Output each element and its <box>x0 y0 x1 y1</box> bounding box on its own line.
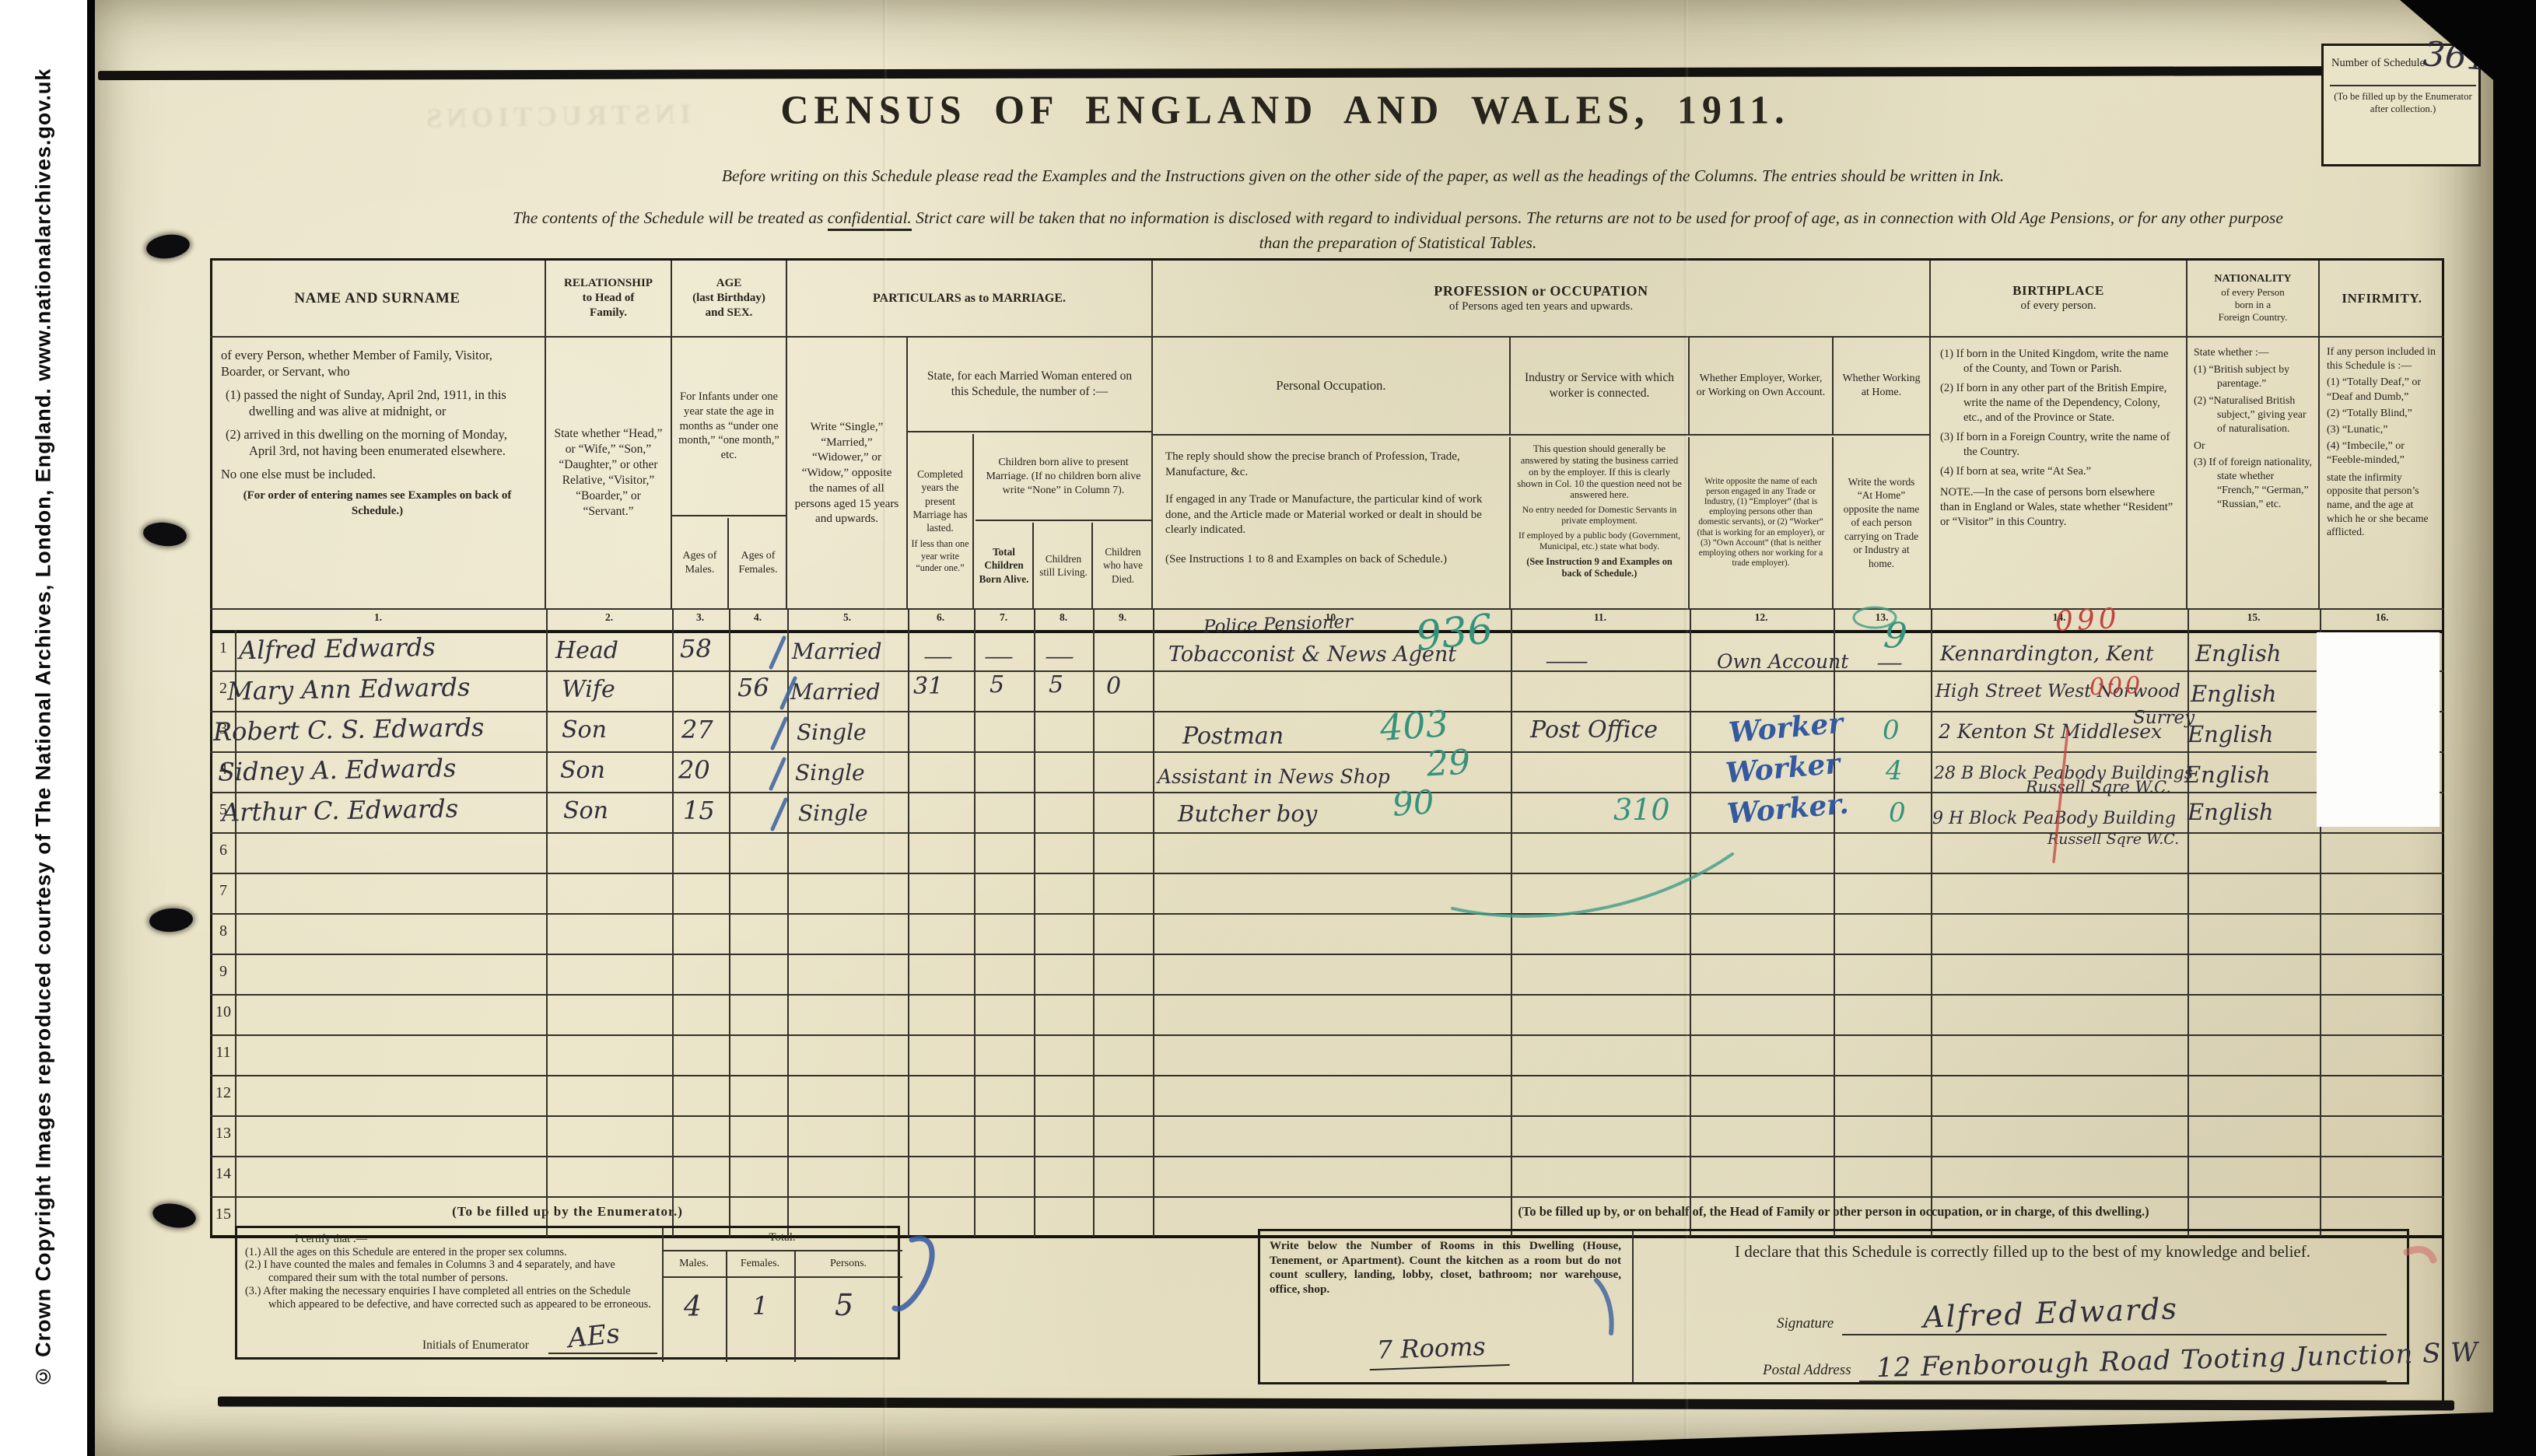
row5-birthplace-line2: Russell Sqre W.C. <box>2047 832 2179 847</box>
col-number: 4. <box>754 611 762 624</box>
desc-par: This question should generally be answer… <box>1517 443 1682 501</box>
rule <box>210 751 2444 753</box>
rule <box>1511 608 1512 1237</box>
row4-birthplace-line2: Russell Sqre W.C. <box>2026 779 2171 796</box>
rooms-value: 7 Rooms <box>1368 1333 1509 1370</box>
hole-punch <box>142 520 188 548</box>
blue-tally-row4 <box>771 759 784 789</box>
desc-par: Children born alive to present Marriage.… <box>980 456 1147 499</box>
rule <box>974 608 976 1237</box>
desc-par: (See Instructions 1 to 8 and Examples on… <box>1165 552 1447 568</box>
enumerator-heading: (To be filled up by the Enumerator.) <box>235 1204 900 1220</box>
row1-dash-col7: — <box>984 647 1014 666</box>
col2-description: State whether “Head,” or “Wife,” “Son,” … <box>546 338 672 608</box>
row5-employment: Worker. <box>1726 789 1850 828</box>
blue-tally-row5 <box>772 800 786 829</box>
colgroup-profession: PROFESSION or OCCUPATION of Persons aged… <box>1153 261 1931 336</box>
certify-line: I certify that :— <box>245 1233 657 1246</box>
rule <box>662 1276 902 1278</box>
printed-rule-top <box>98 66 2440 80</box>
desc-par: (2) “Naturalised British subject,” givin… <box>2194 394 2312 436</box>
rule <box>729 608 730 1237</box>
colgroup-birthplace: BIRTHPLACE of every person. <box>1931 261 2187 336</box>
colgroup-relationship: RELATIONSHIP to Head of Family. <box>546 261 672 336</box>
rule <box>210 994 2444 996</box>
row3-relationship: Son <box>562 719 607 742</box>
desc-par: (1) “Totally Deaf,” or “Deaf and Dumb,” <box>2327 376 2437 404</box>
rule <box>787 608 789 1237</box>
hdr-line: RELATIONSHIP <box>564 276 653 291</box>
row3-condition: Single <box>797 722 867 744</box>
hole-punch <box>149 907 194 933</box>
row4-green-code: 29 <box>1426 746 1471 782</box>
postal-label: Postal Address <box>1763 1362 1851 1379</box>
col12-title: Whether Employer, Worker, or Working on … <box>1690 338 1834 436</box>
females-label: Females. <box>726 1258 794 1270</box>
certify-item: (3.) After making the necessary enquirie… <box>245 1285 657 1311</box>
females-value: 1 <box>752 1293 768 1318</box>
hdr-line: Foreign Country. <box>2219 311 2288 324</box>
row-number-13: 13 <box>212 1125 235 1143</box>
col13-title: Whether Working at Home. <box>1834 338 1929 436</box>
rooms-instructions: Write below the Number of Rooms in this … <box>1270 1239 1621 1297</box>
total-label: Total. <box>662 1231 902 1244</box>
row5-relationship: Son <box>563 800 608 823</box>
hdr-line: of Persons aged ten years and upwards. <box>1449 299 1633 314</box>
hole-punch <box>151 1200 198 1230</box>
blue-check-mark <box>895 1238 932 1309</box>
row2-children-born: 5 <box>990 674 1004 697</box>
col-number: 9. <box>1119 611 1126 624</box>
rule <box>2330 85 2476 86</box>
row1-green-code: 936 <box>1414 609 1495 657</box>
row5-birthplace: 9 H Block PeaBody Building <box>1932 810 2176 828</box>
row-number-14: 14 <box>212 1165 235 1183</box>
confidential-line: The contents of the Schedule will be tre… <box>212 208 2536 228</box>
desc-par: Children still Living. <box>1038 552 1089 579</box>
row3-name: Robert C. S. Edwards <box>213 715 485 744</box>
rule <box>1690 608 1691 1237</box>
row5-green-col13: 0 <box>1889 800 1906 826</box>
desc-par: Industry or Service with which worker is… <box>1518 370 1680 401</box>
desc-par: Whether Working at Home. <box>1838 372 1925 400</box>
row2-relationship: Wife <box>562 678 615 702</box>
row1-condition: Married <box>792 641 882 663</box>
row1-nationality: English <box>2195 642 2282 665</box>
desc-par: Personal Occupation. <box>1276 377 1385 394</box>
desc-par: (3) “Lunatic,” <box>2327 423 2388 437</box>
hole-punch <box>145 232 191 261</box>
col-number: 12. <box>1755 611 1768 624</box>
rule <box>210 1034 2444 1036</box>
declaration-heading: (To be filled up by, or on behalf of, th… <box>1258 1204 2409 1220</box>
signature-label: Signature <box>1777 1315 1834 1332</box>
rule <box>210 670 2444 672</box>
col-number: 5. <box>843 611 851 624</box>
colgroup-name: NAME AND SURNAME <box>210 261 546 336</box>
row3-nationality: English <box>2187 723 2274 746</box>
row2-condition: Married <box>790 681 881 703</box>
desc-par: State whether “Head,” or “Wife,” “Son,” … <box>552 426 664 520</box>
colgroup-nationality: NATIONALITY of every Person born in a Fo… <box>2187 261 2320 336</box>
hdr-line: and SEX. <box>706 306 753 320</box>
row4-name: Sidney A. Edwards <box>218 755 457 784</box>
row5-green-code2: 310 <box>1613 795 1670 824</box>
row5-nationality: English <box>2187 801 2274 824</box>
desc-par: The reply should show the precise branch… <box>1165 450 1497 480</box>
rule <box>1034 608 1035 1237</box>
col6-description: Completed years the present Marriage has… <box>908 434 974 608</box>
hdr-line: Family. <box>590 306 627 320</box>
row2-red-mark: 000 <box>2089 674 2143 699</box>
paper-crease <box>882 0 888 1456</box>
children-born-head: Children born alive to present Marriage.… <box>976 434 1151 521</box>
colgroup-name-title: NAME AND SURNAME <box>294 290 460 307</box>
row-number-2: 2 <box>212 680 235 698</box>
rule <box>1153 608 1154 1237</box>
hdr-line: to Head of <box>583 291 635 306</box>
desc-par: (See Instruction 9 and Examples on back … <box>1517 556 1682 579</box>
rule <box>1093 608 1095 1237</box>
declare-statement: I declare that this Schedule is correctl… <box>1641 1242 2404 1262</box>
col4-ages-females: Ages of Females. <box>730 518 786 608</box>
colgroup-marriage: PARTICULARS as to MARRIAGE. <box>787 261 1153 336</box>
row1-name: Alfred Edwards <box>239 635 436 663</box>
row-number-15: 15 <box>212 1206 235 1223</box>
desc-par: state the infirmity opposite that person… <box>2327 471 2437 539</box>
row4-relationship: Son <box>560 759 605 782</box>
rule <box>210 1115 2444 1117</box>
desc-par: If employed by a public body (Government… <box>1517 530 1682 552</box>
desc-par: (2) “Totally Blind,” <box>2327 407 2412 421</box>
col5-description: Write “Single,” “Married,” “Widower,” or… <box>787 338 908 608</box>
col15-description: State whether :— (1) “British subject by… <box>2187 338 2320 608</box>
desc-par: (1) If born in the United Kingdom, write… <box>1940 347 2177 376</box>
males-label: Males. <box>662 1258 726 1270</box>
census-form-paper: INSTRUCTIONS CENSUS OF ENGLAND AND WALES… <box>95 0 2493 1456</box>
redaction-patch <box>2317 632 2440 827</box>
red-smudge <box>2407 1249 2433 1260</box>
males-value: 4 <box>684 1293 702 1321</box>
col7to9-group: Children born alive to present Marriage.… <box>976 434 1151 608</box>
enumerator-certify: I certify that :— (1.) All the ages on t… <box>245 1233 657 1311</box>
row5-occupation: Butcher boy <box>1178 803 1317 825</box>
row3-industry: Post Office <box>1530 719 1658 742</box>
col9-description: Children who have Died. <box>1095 523 1151 608</box>
row5-name: Arthur C. Edwards <box>222 796 459 824</box>
col-number: 8. <box>1060 611 1067 624</box>
col34-description: For Infants under one year state the age… <box>672 338 787 608</box>
row-number-1: 1 <box>212 639 235 657</box>
rule <box>1834 608 1835 1237</box>
desc-par: Ages of Males. <box>675 549 724 577</box>
col16-description: If any person included in this Schedule … <box>2320 338 2444 608</box>
hdr-line: PROFESSION or OCCUPATION <box>1434 283 1648 299</box>
col-number: 6. <box>937 611 944 624</box>
certify-item: (1.) All the ages on this Schedule are e… <box>245 1246 657 1259</box>
row5-age: 15 <box>683 798 715 823</box>
row2-nationality: English <box>2191 683 2277 705</box>
row1-age: 58 <box>680 636 712 661</box>
row-number-11: 11 <box>212 1044 235 1062</box>
row1-employment: Own Account <box>1717 652 1848 671</box>
row-number-10: 10 <box>212 1003 235 1021</box>
row4-nationality: English <box>2184 764 2271 786</box>
blue-tally-row3 <box>772 719 786 748</box>
page-title: CENSUS OF ENGLAND AND WALES, 1911. <box>328 86 2242 133</box>
enumerator-box: I certify that :— (1.) All the ages on t… <box>235 1226 900 1360</box>
rule <box>672 608 674 1237</box>
col10-title: Personal Occupation. <box>1153 338 1511 436</box>
desc-par: No entry needed for Domestic Servants in… <box>1517 505 1682 527</box>
desc-par: (2) If born in any other part of the Bri… <box>1940 381 2177 425</box>
col-number: 15. <box>2247 611 2261 624</box>
col-number: 2. <box>605 611 613 624</box>
rule <box>210 913 2444 915</box>
desc-par: Whether Employer, Worker, or Working on … <box>1696 372 1826 400</box>
hdr-line: (last Birthday) <box>692 291 765 306</box>
row4-condition: Single <box>795 762 865 784</box>
desc-par: Total Children Born Alive. <box>978 545 1030 585</box>
desc-par: Children who have Died. <box>1097 545 1149 585</box>
row-number-7: 7 <box>212 882 235 900</box>
rule <box>210 1156 2444 1157</box>
schedule-number-box: Number of Schedule (To be filled up by t… <box>2321 44 2481 166</box>
row5-condition: Single <box>798 803 868 824</box>
desc-par: Ages of Females. <box>734 549 783 577</box>
row3-green-col13: 0 <box>1883 717 1900 744</box>
col8-description: Children still Living. <box>1035 523 1093 608</box>
confidential-post: Strict care will be taken that no inform… <box>912 208 2283 227</box>
col-number: 1. <box>374 611 382 624</box>
col11-description: This question should generally be answer… <box>1511 437 1690 608</box>
row1-relationship: Head <box>555 639 618 663</box>
desc-par: No one else must be included. <box>221 466 376 482</box>
row1-birthplace: Kennardington, Kent <box>1940 644 2154 664</box>
signature-value: Alfred Edwards <box>1922 1293 2178 1332</box>
schedule-number-label: Number of Schedule <box>2331 57 2425 70</box>
married-woman-head: State, for each Married Woman entered on… <box>908 338 1151 432</box>
row4-green-col13: 4 <box>1886 758 1903 784</box>
desc-par: Or <box>2194 439 2205 453</box>
preamble-line: Before writing on this Schedule please r… <box>266 166 2460 186</box>
rule <box>908 608 909 1237</box>
desc-par: If any person included in this Schedule … <box>2327 345 2437 373</box>
col13-description: Write the words “At Home” opposite the n… <box>1834 437 1929 608</box>
hdr-line: BIRTHPLACE <box>2012 283 2104 299</box>
rule <box>546 608 548 1237</box>
desc-par: State, for each Married Woman entered on… <box>919 369 1140 400</box>
row2-age: 56 <box>737 675 769 700</box>
row-number-6: 6 <box>212 842 235 859</box>
row3-green-code: 403 <box>1379 705 1450 746</box>
hdr-line: NATIONALITY <box>2214 272 2291 286</box>
row2-children-living: 5 <box>1049 674 1063 697</box>
row3-birthplace: 2 Kenton St Middlesex <box>1939 722 2162 741</box>
desc-par: For Infants under one year state the age… <box>677 390 781 464</box>
hdr-line: born in a <box>2235 299 2271 311</box>
row1-dash-col11: — <box>1544 652 1589 670</box>
row4-age: 20 <box>678 758 710 782</box>
hdr-line: PARTICULARS as to MARRIAGE. <box>873 291 1066 306</box>
row5-green-code: 90 <box>1392 786 1435 821</box>
rule <box>1632 1231 1634 1382</box>
initials-value: AEs <box>566 1321 621 1353</box>
col12-description: Write opposite the name of each person e… <box>1690 437 1834 608</box>
colgroup-age: AGE (last Birthday) and SEX. <box>672 261 787 336</box>
confidential-underlined: confidential. <box>828 208 912 231</box>
row3-employment: Worker <box>1728 709 1844 747</box>
col10-description: The reply should show the precise branch… <box>1153 437 1511 608</box>
desc-par: (1) passed the night of Sunday, April 2n… <box>226 387 534 420</box>
census-scan-page: © Crown Copyright Images reproduced cour… <box>0 0 2536 1456</box>
row-number-9: 9 <box>212 963 235 981</box>
row2-children-died: 0 <box>1106 675 1121 698</box>
rule <box>2187 608 2189 1237</box>
rule <box>210 711 2444 712</box>
desc-par: (2) arrived in this dwelling on the morn… <box>226 426 534 460</box>
schedule-box-note2: after collection.) <box>2327 103 2479 116</box>
row-number-3: 3 <box>212 720 235 738</box>
initials-label: Initials of Enumerator <box>422 1339 529 1353</box>
desc-par: If less than one year write “under one.” <box>911 538 969 576</box>
row2-marriage-years: 31 <box>913 675 943 698</box>
row2-name: Mary Ann Edwards <box>227 674 471 703</box>
col6to9-group: State, for each Married Woman entered on… <box>908 338 1153 608</box>
col3-ages-males: Ages of Males. <box>672 518 729 608</box>
row1-dash-col6: — <box>923 647 953 666</box>
certify-item: (2.) I have counted the males and female… <box>245 1258 657 1284</box>
desc-par: (For order of entering names see Example… <box>221 488 534 519</box>
confidential-line2: than the preparation of Statistical Tabl… <box>212 233 2536 253</box>
desc-par: Completed years the present Marriage has… <box>911 467 969 535</box>
col1-description: of every Person, whether Member of Famil… <box>210 338 546 608</box>
row4-employment: Worker <box>1725 750 1841 788</box>
desc-par: (4) If born at sea, write “At Sea.” <box>1940 464 2091 479</box>
rule <box>210 1075 2444 1076</box>
hdr-line: AGE <box>716 276 742 291</box>
hdr-line: of every Person <box>2221 286 2285 299</box>
desc-par: Write the words “At Home” opposite the n… <box>1840 475 1923 570</box>
rule <box>210 1196 2444 1198</box>
col-number: 11. <box>1594 611 1606 624</box>
row4-occupation: Assistant in News Shop <box>1158 767 1390 786</box>
hdr-line: of every person. <box>2020 299 2096 313</box>
row-number-12: 12 <box>212 1084 235 1102</box>
desc-par: of every Person, whether Member of Famil… <box>221 347 534 380</box>
colgroup-infirmity: INFIRMITY. <box>2320 261 2444 336</box>
row1-occupation-line2: Tobacconist & News Agent <box>1168 644 1456 665</box>
rule <box>662 1228 664 1362</box>
row-number-5: 5 <box>212 801 235 819</box>
rule <box>662 1250 902 1251</box>
row2-birthplace: High Street West Norwood <box>1935 683 2180 701</box>
desc-par: (3) If born in a Foreign Country, write … <box>1940 430 2177 460</box>
persons-value: 5 <box>835 1290 853 1320</box>
rule <box>210 873 2444 874</box>
infants-note: For Infants under one year state the age… <box>672 338 786 516</box>
col7-description: Total Children Born Alive. <box>976 523 1034 608</box>
row1-red-mark: 090 <box>2054 605 2121 636</box>
row3-age: 27 <box>681 717 713 742</box>
desc-par: (3) If of foreign nationality, state whe… <box>2194 455 2312 511</box>
printed-rule-bottom <box>218 1396 2454 1410</box>
row1-dash-col8: — <box>1045 647 1074 666</box>
col-number: 7. <box>1000 611 1007 624</box>
blue-tally-row1 <box>771 638 784 667</box>
desc-par: NOTE.—In the case of persons born elsewh… <box>1940 485 2177 530</box>
desc-par: State whether :— <box>2194 345 2269 359</box>
col10to13-group: Personal Occupation. Industry or Service… <box>1153 338 1931 608</box>
col-number: 3. <box>696 611 704 624</box>
copyright-text: © Crown Copyright Images reproduced cour… <box>32 68 56 1388</box>
hdr-line: INFIRMITY. <box>2342 291 2422 306</box>
desc-par: (4) “Imbecile,” or “Feeble-minded,” <box>2327 439 2437 467</box>
rule <box>1931 608 1932 1237</box>
col-number: 16. <box>2376 611 2389 624</box>
row1-green-col13: 9 <box>1883 617 1909 655</box>
col14-description: (1) If born in the United Kingdom, write… <box>1931 338 2187 608</box>
row-number-8: 8 <box>212 922 235 940</box>
paper-crease <box>1683 0 1689 1456</box>
col11-title: Industry or Service with which worker is… <box>1511 338 1690 436</box>
desc-par: Write opposite the name of each person e… <box>1694 477 1827 569</box>
desc-par: (1) “British subject by parentage.” <box>2194 362 2312 390</box>
row-number-4: 4 <box>212 761 235 779</box>
desc-par: If engaged in any Trade or Manufacture, … <box>1165 492 1497 538</box>
rule <box>548 1353 657 1354</box>
rule <box>210 954 2444 955</box>
schedule-box-note1: (To be filled up by the Enumerator <box>2327 91 2479 103</box>
row3-occupation: Postman <box>1182 725 1284 748</box>
copyright-strip: © Crown Copyright Images reproduced cour… <box>0 0 87 1456</box>
confidential-pre: The contents of the Schedule will be tre… <box>513 208 828 227</box>
